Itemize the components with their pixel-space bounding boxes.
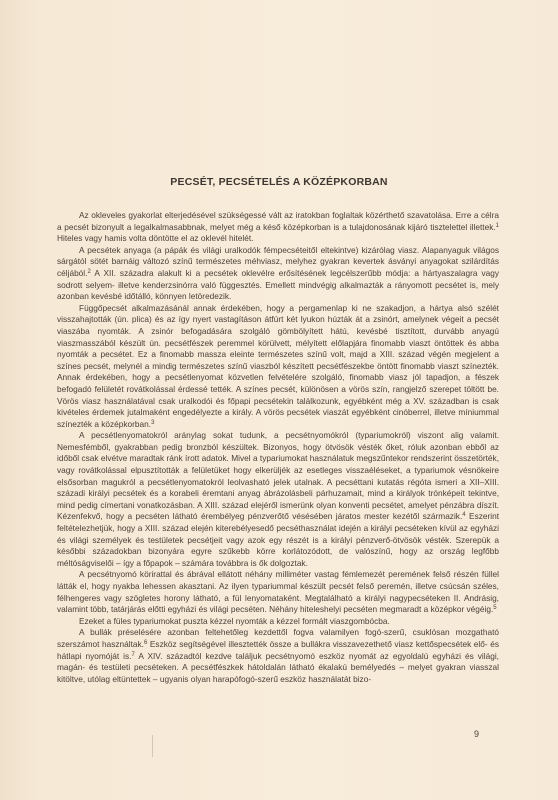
page-title: PECSÉT, PECSÉTELÉS A KÖZÉPKORBAN — [0, 176, 558, 188]
body-text: Az okleveles gyakorlat elterjedésével sz… — [57, 210, 499, 685]
paragraph-4: A pecsétlenyomatokról aránylag sokat tud… — [57, 430, 499, 569]
paragraph-5: A pecsétnyomó körirattal és ábrával ellá… — [57, 569, 499, 615]
page-number: 9 — [474, 729, 479, 739]
paragraph-3: Függőpecsét alkalmazásánál annak érdekéb… — [57, 303, 499, 431]
paragraph-7: A bullák préselésére azonban feltehetőle… — [57, 627, 499, 685]
document-page: PECSÉT, PECSÉTELÉS A KÖZÉPKORBAN Az okle… — [0, 0, 558, 800]
footnote-ref[interactable]: 5 — [493, 605, 496, 611]
paragraph-6: Ezeket a füles typariumokat puszta kézze… — [57, 616, 499, 628]
footnote-ref[interactable]: 3 — [151, 420, 154, 426]
paragraph-1: Az okleveles gyakorlat elterjedésével sz… — [57, 210, 499, 245]
footnote-ref[interactable]: 1 — [496, 223, 499, 229]
paragraph-2: A pecsétek anyaga (a pápák és világi ura… — [57, 245, 499, 303]
paper-mark — [152, 735, 153, 757]
